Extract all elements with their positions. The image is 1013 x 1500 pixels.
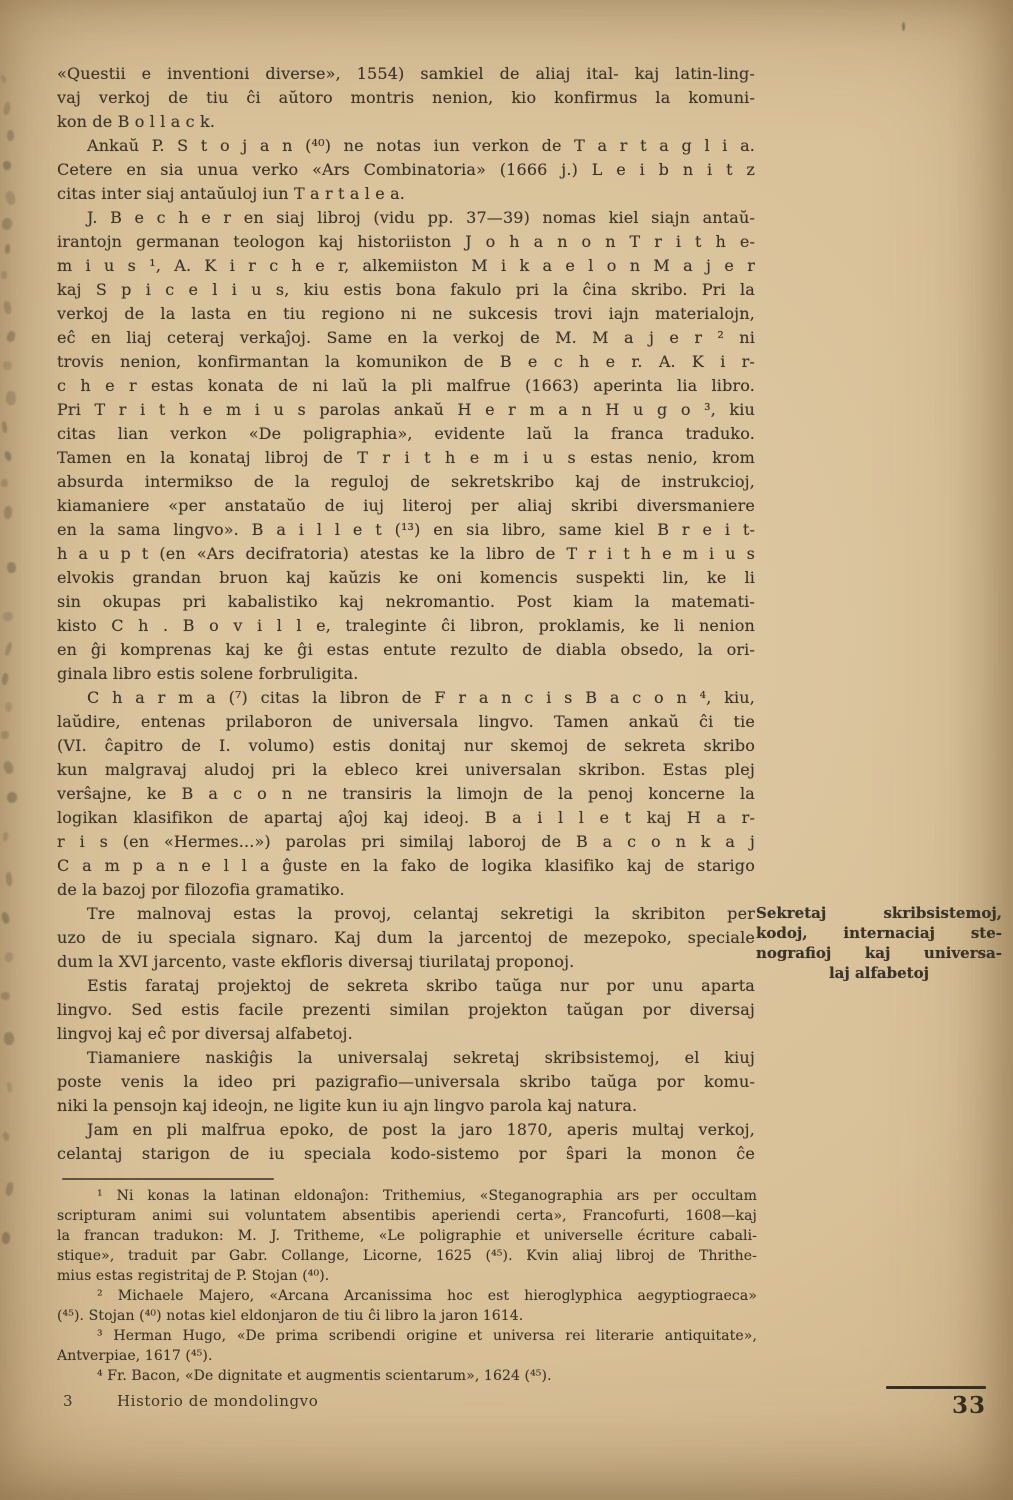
paragraph: Estis farataj projektoj de sekreta skrib…: [57, 974, 755, 1046]
footnote-separator-rule: [62, 1178, 274, 1180]
footnotes-section: ¹ Ni konas la latinan eldonaĵon: Trithem…: [57, 1186, 757, 1386]
bleedthrough-mark: [2, 360, 12, 370]
bleedthrough-mark: [2, 760, 15, 775]
text-line: de la bazoj por filozofia gramatiko.: [57, 878, 755, 902]
paper-speck: [902, 22, 905, 31]
bleedthrough-mark: [4, 190, 17, 206]
text-line: kiamaniere «per anstataŭo de iuj literoj…: [57, 494, 755, 518]
text-line: kaj S p i c e l i u s, kiu estis bona fa…: [57, 278, 755, 302]
bleedthrough-mark: [1, 911, 11, 924]
text-line: C h a r m a (⁷) citas la libron de F r a…: [57, 686, 755, 710]
paragraph: «Questii e inventioni diverse», 1554) sa…: [57, 62, 755, 134]
bleedthrough-mark: [4, 642, 13, 657]
bleedthrough-mark: [1, 217, 14, 231]
footnote-line: scripturam animi sui voluntatem absentib…: [57, 1206, 757, 1226]
text-line: C a m p a n e l l a ĝuste en la fako de …: [57, 854, 755, 878]
bleedthrough-mark: [1, 271, 7, 279]
paragraph: J. B e c h e r en siaj libroj (vidu pp. …: [57, 206, 755, 686]
text-line: Jam en pli malfrua epoko, de post la jar…: [57, 1118, 755, 1142]
text-line: citas inter siaj antaŭuloj iun T a r t a…: [57, 182, 755, 206]
bleedthrough-mark: [4, 1032, 14, 1045]
text-line: lingvoj kaj eĉ por diversaj alfabetoj.: [57, 1022, 755, 1046]
text-line: irantojn germanan teologon kaj historiis…: [57, 230, 755, 254]
paragraph: Tiamaniere naskiĝis la universalaj sekre…: [57, 1046, 755, 1118]
footnote-line: ¹ Ni konas la latinan eldonaĵon: Trithem…: [57, 1186, 757, 1206]
bleedthrough-mark: [6, 791, 18, 804]
text-line: en la sama lingvo». B a i l l e t (¹³) e…: [57, 518, 755, 542]
text-line: c h e r estas konata de ni laŭ la pli ma…: [57, 374, 755, 398]
bleedthrough-mark: [3, 300, 13, 314]
paragraph: Jam en pli malfrua epoko, de post la jar…: [57, 1118, 755, 1166]
text-line: dum la XVI jarcento, vaste ekfloris dive…: [57, 950, 755, 974]
text-line: niki la pensojn kaj ideojn, ne ligite ku…: [57, 1094, 755, 1118]
bleedthrough-mark: [3, 506, 12, 520]
text-line: «Questii e inventioni diverse», 1554) sa…: [57, 62, 755, 86]
text-line: citas lian verkon «De poligraphia», evid…: [57, 422, 755, 446]
text-line: celantaj starigon de iu speciala kodo-si…: [57, 1142, 755, 1166]
bleedthrough-mark: [3, 832, 9, 841]
footnote-line: Antverpiae, 1617 (⁴⁵).: [57, 1346, 757, 1366]
footnote-line: ⁴ Fr. Bacon, «De dignitate et augmentis …: [57, 1366, 757, 1386]
bleedthrough-mark: [2, 161, 11, 171]
text-line: uzo de iu speciala signaro. Kaj dum la j…: [57, 926, 755, 950]
paragraph: ¹ Ni konas la latinan eldonaĵon: Trithem…: [57, 1186, 757, 1286]
text-line: ginala libro estis solene forbruligita.: [57, 662, 755, 686]
bleedthrough-mark: [5, 702, 12, 712]
running-title: Historio de mondolingvo: [117, 1392, 318, 1410]
bleedthrough-mark: [0, 74, 7, 83]
text-line: Tre malnovaj estas la provoj, celantaj s…: [57, 902, 755, 926]
margin-note-line: nografioj kaj universa-: [756, 943, 1002, 963]
text-line: en ĝi komprenas kaj ke ĝi estas entute r…: [57, 638, 755, 662]
text-line: vaj verkoj de tiu ĉi aŭtoro montris neni…: [57, 86, 755, 110]
bleedthrough-mark: [1, 421, 8, 434]
text-line: kun malgravaj aludoj pri la ebleco krei …: [57, 758, 755, 782]
bleedthrough-mark: [2, 1232, 11, 1244]
bleedthrough-mark: [4, 951, 15, 963]
text-line: Tamen en la konataj libroj de T r i t h …: [57, 446, 755, 470]
footnote-line: ² Michaele Majero, «Arcana Arcanissima h…: [57, 1286, 757, 1306]
scanned-book-page: «Questii e inventioni diverse», 1554) sa…: [0, 0, 1013, 1500]
text-line: kisto C h . B o v i l l e, traleginte ĉi…: [57, 614, 755, 638]
text-line: verkoj de la lasta en tiu regiono ni ne …: [57, 302, 755, 326]
text-line: Estis farataj projektoj de sekreta skrib…: [57, 974, 755, 998]
text-line: h a u p t (en «Ars decifratoria) atestas…: [57, 542, 755, 566]
page-footer: 3 Historio de mondolingvo 33: [0, 1388, 1013, 1428]
bleedthrough-mark: [2, 1131, 11, 1141]
bleedthrough-mark: [6, 1082, 13, 1094]
text-line: r i s (en «Hermes...») parolas pri simil…: [57, 830, 755, 854]
page-number-rule: [886, 1386, 986, 1389]
bleedthrough-mark: [0, 991, 10, 1000]
margin-note-line: Sekretaj skribsistemoj,: [756, 903, 1002, 923]
bleedthrough-mark: [2, 611, 14, 622]
paragraph: ⁴ Fr. Bacon, «De dignitate et augmentis …: [57, 1366, 757, 1386]
text-line: verŝajne, ke B a c o n ne transiris la l…: [57, 782, 755, 806]
text-line: (VI. ĉapitro de I. volumo) estis donitaj…: [57, 734, 755, 758]
bleedthrough-mark: [4, 450, 13, 461]
paragraph: ² Michaele Majero, «Arcana Arcanissima h…: [57, 1286, 757, 1326]
signature-number: 3: [63, 1392, 73, 1410]
text-line: poste venis la ideo pri pazigrafio—unive…: [57, 1070, 755, 1094]
footnote-line: la francan tradukon: M. J. Tritheme, «Le…: [57, 1226, 757, 1246]
text-line: Tiamaniere naskiĝis la universalaj sekre…: [57, 1046, 755, 1070]
bleedthrough-mark: [6, 391, 16, 405]
footnote-line: ³ Herman Hugo, «De prima scribendi origi…: [57, 1326, 757, 1346]
bleedthrough-mark: [1, 673, 9, 686]
text-line: laŭdire, entenas prilaboron de universal…: [57, 710, 755, 734]
paragraph: Ankaŭ P. S t o j a n (⁴⁰) ne notas iun v…: [57, 134, 755, 206]
text-line: elvokis grandan bruon kaj kaŭzis ke oni …: [57, 566, 755, 590]
text-line: m i u s ¹, A. K i r c h e r, alkemiiston…: [57, 254, 755, 278]
bleedthrough-mark: [0, 730, 9, 739]
bleedthrough-mark: [7, 562, 17, 574]
bleedthrough-mark: [7, 130, 14, 141]
page-number: 33: [886, 1392, 986, 1419]
bleedthrough-mark: [0, 478, 9, 487]
paragraph: Tre malnovaj estas la provoj, celantaj s…: [57, 902, 755, 974]
text-line: logikan klasifikon de apartaj aĵoj kaj i…: [57, 806, 755, 830]
bleedthrough-mark: [4, 244, 10, 254]
text-line: eĉ en liaj ceteraj verkaĵoj. Same en la …: [57, 326, 755, 350]
text-line: Ankaŭ P. S t o j a n (⁴⁰) ne notas iun v…: [57, 134, 755, 158]
footnote-line: (⁴⁵). Stojan (⁴⁰) notas kiel eldonjaron …: [57, 1306, 757, 1326]
paragraph: C h a r m a (⁷) citas la libron de F r a…: [57, 686, 755, 902]
text-line: J. B e c h e r en siaj libroj (vidu pp. …: [57, 206, 755, 230]
bleedthrough-mark: [3, 102, 11, 116]
bleedthrough-mark: [5, 1181, 15, 1196]
footnote-line: mius estas registritaj de P. Stojan (⁴⁰)…: [57, 1266, 757, 1286]
bleedthrough-mark: [5, 872, 12, 886]
body-text: «Questii e inventioni diverse», 1554) sa…: [57, 62, 755, 1166]
left-edge-bleedthrough-artifacts: [0, 0, 18, 1500]
text-line: kon de B o l l a c k.: [57, 110, 755, 134]
paragraph: ³ Herman Hugo, «De prima scribendi origi…: [57, 1326, 757, 1366]
footnote-line: stique», traduit par Gabr. Collange, Lic…: [57, 1246, 757, 1266]
text-line: sin okupas pri kabalistiko kaj nekromant…: [57, 590, 755, 614]
text-line: Pri T r i t h e m i u s parolas ankaŭ H …: [57, 398, 755, 422]
text-line: lingvo. Sed estis facile prezenti simila…: [57, 998, 755, 1022]
margin-note-line: kodoj, internaciaj ste-: [756, 923, 1002, 943]
text-line: absurda intermikso de la reguloj de sekr…: [57, 470, 755, 494]
text-line: Cetere en sia unua verko «Ars Combinator…: [57, 158, 755, 182]
bleedthrough-mark: [5, 330, 16, 343]
text-line: trovis nenion, konfirmantan la komunikon…: [57, 350, 755, 374]
margin-note-line: laj alfabetoj: [756, 963, 1002, 983]
margin-note: Sekretaj skribsistemoj,kodoj, internacia…: [756, 903, 1002, 983]
